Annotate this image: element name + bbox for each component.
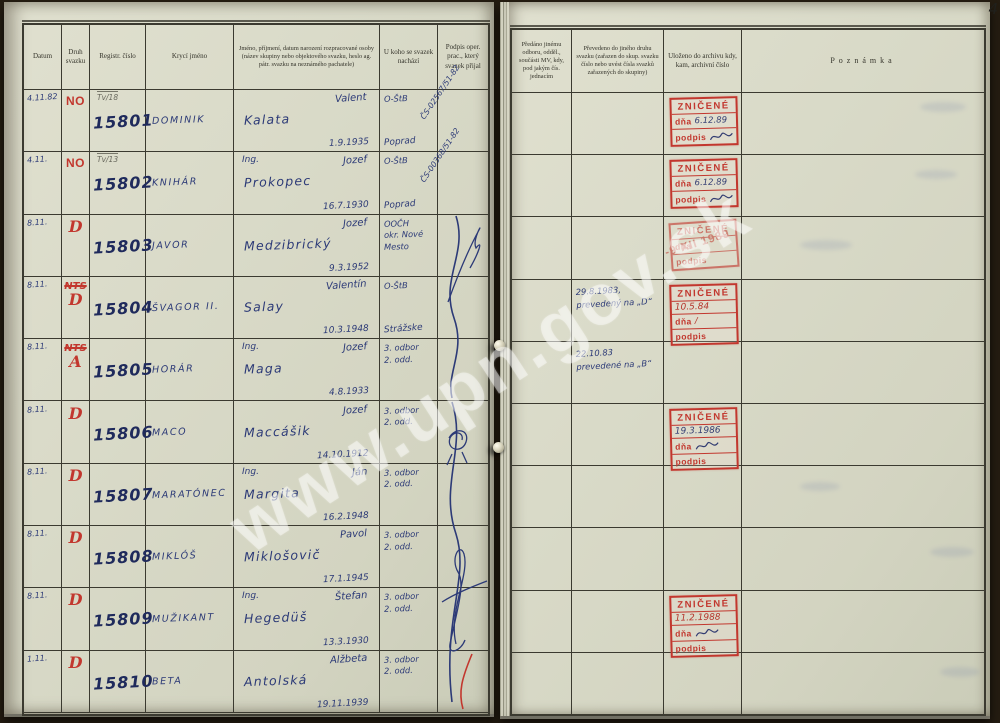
ukoho-cell: 3. odbor2. odd. [380, 463, 438, 525]
kryci-cell: DOMINIK [146, 89, 234, 151]
poznamka-cell [742, 527, 984, 589]
birth-date: 14.10.1912 [317, 448, 369, 461]
podpis-cell [438, 214, 488, 276]
kryci-value: BETA [152, 675, 183, 687]
name-first: Štefan [334, 590, 367, 603]
druh-cell: D [62, 401, 90, 463]
ulozeno-cell [664, 652, 742, 714]
name-first: Alžbeta [329, 652, 367, 666]
znicene-stamp: ZNIČENÉ10.5.84dňa/podpis [669, 283, 739, 346]
registry-row: 4.11.NOTv/1315802KNIHÁRIng.JozefProkopec… [24, 151, 488, 214]
stamp-podpis-line: podpis [672, 190, 736, 207]
podpis-cell [438, 587, 488, 649]
header-kryci: Krycí jméno [146, 25, 234, 89]
registry-row: 29.8.1983,prevedený na „D“ZNIČENÉ10.5.84… [512, 279, 984, 342]
kryci-value: KNIHÁR [152, 176, 198, 189]
stamp-title: ZNIČENÉ [671, 409, 735, 426]
name-first: Ján [351, 466, 367, 478]
name-first: Valent [335, 92, 367, 105]
podpis-label: podpis [675, 131, 706, 142]
stamp-dna-line: dňa [672, 624, 736, 642]
prevedeno-cell: 22.10.83prevedené na „B“ [572, 341, 664, 403]
registr-number: 15807 [93, 484, 155, 506]
right-table-header: Předáno jinému odboru, odděl., součásti … [512, 30, 984, 93]
registr-cell: 15808 [90, 525, 146, 587]
predano-cell [512, 154, 572, 216]
stamp-date: 10.5.84 [672, 300, 736, 315]
registry-row: ZNIČENÉ19.3.1986dňapodpis [512, 403, 984, 466]
stamp-title: ZNIČENÉ [671, 285, 735, 302]
signature-squiggle [695, 439, 719, 452]
prevedeno-cell [572, 403, 664, 465]
znicene-stamp: ZNIČENÉ19.3.1986dňapodpis [669, 407, 739, 471]
ukoho-line: 2. odd. [384, 664, 437, 677]
datum-value: 8.11. [27, 591, 48, 601]
name-cell: Ing.JozefProkopec16.7.1930 [234, 151, 380, 213]
druh-cell: D [62, 650, 90, 712]
header-jmeno: Jméno, příjmení, datum narození rozpraco… [234, 25, 380, 89]
registr-number: 15806 [93, 422, 155, 444]
name-first: Jozef [343, 341, 368, 354]
birth-date: 16.7.1930 [323, 199, 369, 211]
datum-cell: 1.11. [24, 650, 62, 712]
druh-cell: D [62, 463, 90, 525]
right-page: Předáno jinému odboru, odděl., součásti … [500, 2, 990, 716]
kryci-value: ŠVAGOR II. [152, 301, 220, 314]
ink-bleed-smudge [930, 547, 974, 557]
registr-number: 15803 [93, 235, 155, 257]
registry-book-photo: Datum Druh svazku Registr. číslo Krycí j… [0, 0, 1000, 723]
ukoho-lines: 3. odbor2. odd. [380, 650, 437, 712]
name-surname: Antolská [244, 672, 308, 689]
datum-cell: 8.11. [24, 587, 62, 649]
datum-value: 8.11. [27, 528, 48, 538]
dna-value: 6.12.89 [694, 178, 727, 189]
ulozeno-cell: ZNIČENÉ11.2.1988dňapodpis [664, 590, 742, 652]
datum-value: 4.11. [27, 155, 48, 165]
registry-row: 1.11.D15810BETAAlžbetaAntolská19.11.1939… [24, 650, 488, 713]
stamp-dna-line: dňa6.12.89 [672, 113, 736, 130]
registr-number: 15804 [93, 297, 155, 319]
registr-cell: Tv/1815801 [90, 89, 146, 151]
predano-cell [512, 590, 572, 652]
birth-date: 19.11.1939 [317, 698, 369, 711]
prevedeno-cell [572, 92, 664, 154]
name-title: Ing. [242, 591, 259, 601]
druh-marks: NTSA [62, 338, 89, 400]
ukoho-line: 2. odd. [384, 353, 437, 366]
poznamka-cell [742, 465, 984, 527]
znicene-stamp: ZNIČENÉdňa6.12.89podpis [669, 158, 738, 209]
ukoho-cell: 3. odbor2. odd. [380, 650, 438, 712]
ulozeno-cell [664, 341, 742, 403]
datum-cell: 8.11. [24, 338, 62, 400]
prevedeno-cell [572, 216, 664, 278]
ukoho-lines: O-ŠtBPoprad [380, 89, 437, 151]
name-surname: Kalata [244, 111, 291, 128]
ukoho-lines: 3. odbor2. odd. [380, 587, 437, 649]
kryci-cell: ŠVAGOR II. [146, 276, 234, 338]
birth-date: 16.2.1948 [323, 511, 369, 523]
name-title: Ing. [242, 467, 259, 477]
ukoho-lines: O-ŠtBStrážske [380, 276, 437, 338]
predano-cell [512, 279, 572, 341]
kryci-value: MARATÓNEC [152, 487, 227, 501]
ukoho-cell: 3. odbor2. odd. [380, 525, 438, 587]
kryci-value: JAVOR [152, 239, 190, 251]
signature-squiggle [695, 626, 719, 639]
ukoho-cell: 3. odbor2. odd. [380, 587, 438, 649]
poznamka-cell [742, 154, 984, 216]
name-cell: ValentínSalay10.3.1948 [234, 276, 380, 338]
name-title: Ing. [242, 342, 259, 352]
ukoho-line: 2. odd. [384, 540, 437, 553]
header-poznamka: Poznámka [742, 30, 984, 92]
kryci-value: MIKLÓŠ [152, 550, 198, 563]
ink-bleed-smudge [920, 102, 966, 112]
ukoho-lines: 3. odbor2. odd. [380, 338, 437, 400]
druh-cell: NTSD [62, 276, 90, 338]
dna-value: / [695, 316, 698, 326]
podpis-cell [438, 276, 488, 338]
ukoho-place: Strážske [384, 323, 423, 336]
name-surname: Salay [244, 298, 285, 314]
registry-row: 8.11.NTSD15804ŠVAGOR II.ValentínSalay10.… [24, 276, 488, 339]
druh-marks: D [62, 525, 89, 587]
kryci-value: MACO [152, 426, 188, 438]
kryci-cell: MUŽIKANT [146, 587, 234, 649]
registr-cell: 15805 [90, 338, 146, 400]
registry-row: ZNIČENÉ-9 XII 1989dňapodpis [512, 216, 984, 279]
ukoho-cell: OOČHokr. NovéMesto [380, 214, 438, 276]
header-datum: Datum [24, 25, 62, 89]
ukoho-cell: 3. odbor2. odd. [380, 401, 438, 463]
stamp-title: ZNIČENÉ [671, 98, 735, 115]
ukoho-place: Poprad [384, 199, 416, 211]
kryci-cell: MACO [146, 401, 234, 463]
header-ulozeno: Uloženo do archivu kdy, kam, archivní čí… [664, 30, 742, 92]
name-cell: PavolMiklošovič17.1.1945 [234, 525, 380, 587]
ukoho-lines: 3. odbor2. odd. [380, 525, 437, 587]
ukoho-line: 2. odd. [384, 477, 437, 490]
predano-cell [512, 465, 572, 527]
header-ukoho: U koho se svazek nachází [380, 25, 438, 89]
prevedeno-cell [572, 652, 664, 714]
registr-cell: 15810 [90, 650, 146, 712]
ukoho-place: Poprad [384, 136, 416, 148]
stamp-dna-line: dňa [672, 437, 736, 455]
poznamka-cell [742, 590, 984, 652]
registry-row: ZNIČENÉdňa6.12.89podpis [512, 154, 984, 217]
druh-marks: D [62, 463, 89, 525]
stamp-podpis-line: podpis [672, 128, 736, 145]
datum-value: 8.11. [27, 404, 48, 414]
druh-marks: D [62, 587, 89, 649]
ink-bleed-smudge [800, 482, 840, 491]
ulozeno-cell: ZNIČENÉ10.5.84dňa/podpis [664, 279, 742, 341]
birth-date: 1.9.1935 [329, 137, 370, 149]
name-first: Valentín [326, 278, 367, 292]
name-surname: Prokopec [244, 173, 312, 190]
druh-cell: D [62, 525, 90, 587]
podpis-label: podpis [675, 331, 706, 342]
datum-cell: 8.11. [24, 401, 62, 463]
name-surname: Maccášik [244, 422, 311, 439]
name-first: Pavol [340, 528, 368, 541]
name-cell: Ing.ŠtefanHegedüš13.3.1930 [234, 587, 380, 649]
ulozeno-cell: ZNIČENÉdňa6.12.89podpis [664, 92, 742, 154]
podpis-cell [438, 401, 488, 463]
druh-marks: D [62, 650, 89, 712]
birth-date: 17.1.1945 [323, 573, 369, 585]
birth-date: 13.3.1930 [323, 635, 369, 647]
kryci-cell: BETA [146, 650, 234, 712]
druh-marks: NTSD [62, 276, 89, 338]
header-druh: Druh svazku [62, 25, 90, 89]
znicene-stamp: ZNIČENÉdňa6.12.89podpis [669, 96, 738, 147]
ukoho-lines: 3. odbor2. odd. [380, 463, 437, 525]
datum-cell: 4.11.82 [24, 89, 62, 151]
druh-value: NO [66, 156, 85, 170]
ukoho-line: Mesto [384, 240, 437, 253]
ukoho-lines: 3. odbor2. odd. [380, 401, 437, 463]
header-prevedeno: Převedeno do jiného druhu svazku (zařaze… [572, 30, 664, 92]
datum-value: 4.11.82 [27, 92, 58, 103]
registry-row: ZNIČENÉdňa6.12.89podpis [512, 92, 984, 155]
datum-cell: 8.11. [24, 463, 62, 525]
datum-value: 8.11. [27, 279, 48, 289]
pencil-note: Tv/13 [97, 153, 118, 164]
registry-table-left: Datum Druh svazku Registr. číslo Krycí j… [22, 23, 490, 716]
poznamka-cell [742, 341, 984, 403]
poznamka-cell [742, 216, 984, 278]
ink-bleed-smudge [915, 170, 957, 179]
registry-row: 22.10.83prevedené na „B“ [512, 341, 984, 404]
druh-value: NO [66, 94, 85, 108]
name-cell: ValentKalata1.9.1935 [234, 89, 380, 151]
znicene-stamp: ZNIČENÉ-9 XII 1989dňapodpis [668, 219, 739, 272]
registry-row: 8.11.NTSA15805HORÁRIng.JozefMaga4.8.1933… [24, 338, 488, 401]
stamp-date: 11.2.1988 [672, 611, 736, 626]
poznamka-cell [742, 403, 984, 465]
kryci-value: HORÁR [152, 363, 195, 375]
binding-brad [493, 442, 504, 453]
name-cell: Ing.JánMargita16.2.1948 [234, 463, 380, 525]
dna-label: dňa [675, 316, 692, 326]
druh-value: D [69, 406, 83, 422]
registry-row [512, 652, 984, 715]
prevedeno-cell [572, 154, 664, 216]
signature-squiggle [709, 130, 733, 143]
registr-cell: Tv/1315802 [90, 151, 146, 213]
left-table-header: Datum Druh svazku Registr. číslo Krycí j… [24, 25, 488, 90]
ulozeno-cell: ZNIČENÉ-9 XII 1989dňapodpis [664, 216, 742, 278]
druh-value: D [69, 530, 83, 546]
page-number: 4 [988, 0, 998, 18]
name-surname: Margita [244, 485, 300, 502]
druh-value: A [69, 354, 81, 370]
kryci-value: DOMINIK [152, 114, 205, 127]
druh-value: D [69, 592, 83, 608]
registr-number: 15810 [93, 671, 155, 693]
podpis-cell [438, 525, 488, 587]
signature-squiggle [709, 192, 733, 205]
druh-cell: D [62, 587, 90, 649]
kryci-value: MUŽIKANT [152, 612, 215, 625]
dna-label: dňa [675, 116, 692, 126]
druh-cell: NO [62, 151, 90, 213]
kryci-cell: MARATÓNEC [146, 463, 234, 525]
name-first: Jozef [343, 217, 368, 230]
registry-row: 8.11.D15803JAVORJozefMedzibrický9.3.1952… [24, 214, 488, 277]
stamp-dna-line: dňa/ [672, 313, 736, 330]
registr-number: 15805 [93, 360, 155, 382]
kryci-cell: HORÁR [146, 338, 234, 400]
podpis-cell: ČS-00368/51-82 [438, 151, 488, 213]
datum-value: 8.11. [27, 217, 48, 227]
druh-marks: NO [62, 151, 89, 213]
prevedeno-note: 29.8.1983,prevedený na „D“ [575, 282, 652, 311]
datum-cell: 4.11. [24, 151, 62, 213]
registry-row [512, 465, 984, 528]
druh-marks: D [62, 401, 89, 463]
registry-row: 8.11.D15808MIKLÓŠPavolMiklošovič17.1.194… [24, 525, 488, 588]
birth-date: 9.3.1952 [329, 262, 370, 274]
datum-value: 8.11. [27, 466, 48, 476]
name-first: Jozef [343, 404, 368, 417]
ukoho-line: 2. odd. [384, 415, 437, 428]
registr-cell: 15807 [90, 463, 146, 525]
datum-value: 1.11. [27, 653, 48, 663]
ulozeno-cell [664, 465, 742, 527]
druh-value: D [69, 219, 83, 235]
registr-cell: 15809 [90, 587, 146, 649]
registr-number: 15802 [93, 173, 155, 195]
druh-value: D [69, 292, 83, 308]
dna-value: 6.12.89 [694, 115, 727, 126]
druh-cell: D [62, 214, 90, 276]
registry-table-right: Předáno jinému odboru, odděl., součásti … [510, 28, 986, 716]
name-cell: JozefMaccášik14.10.1912 [234, 401, 380, 463]
registr-cell: 15803 [90, 214, 146, 276]
datum-cell: 8.11. [24, 525, 62, 587]
prevedeno-cell [572, 590, 664, 652]
stamp-title: ZNIČENÉ [671, 596, 735, 613]
ukoho-line: 2. odd. [384, 602, 437, 615]
ukoho-cell: O-ŠtBStrážske [380, 276, 438, 338]
datum-cell: 8.11. [24, 276, 62, 338]
podpis-label: podpis [675, 194, 706, 205]
ulozeno-cell: ZNIČENÉdňa6.12.89podpis [664, 154, 742, 216]
name-cell: JozefMedzibrický9.3.1952 [234, 214, 380, 276]
registry-row [512, 527, 984, 590]
ukoho-lines: OOČHokr. NovéMesto [380, 214, 437, 276]
prevedeno-cell: 29.8.1983,prevedený na „D“ [572, 279, 664, 341]
predano-cell [512, 652, 572, 714]
dna-label: dňa [675, 441, 692, 451]
registr-cell: 15806 [90, 401, 146, 463]
prevedeno-note: 22.10.83prevedené na „B“ [575, 344, 651, 373]
binding-brad [494, 340, 505, 351]
datum-cell: 8.11. [24, 214, 62, 276]
ink-bleed-smudge [800, 240, 852, 250]
registry-row: ZNIČENÉ11.2.1988dňapodpis [512, 590, 984, 653]
name-first: Jozef [343, 154, 368, 167]
header-predano: Předáno jinému odboru, odděl., součásti … [512, 30, 572, 92]
name-surname: Medzibrický [244, 235, 332, 253]
predano-cell [512, 527, 572, 589]
registry-row: 8.11.D15807MARATÓNECIng.JánMargita16.2.1… [24, 463, 488, 526]
podpis-cell [438, 463, 488, 525]
druh-value: D [69, 468, 83, 484]
name-surname: Miklošovič [244, 547, 321, 565]
registr-number: 15809 [93, 609, 155, 631]
podpis-label: podpis [676, 255, 707, 267]
kryci-cell: KNIHÁR [146, 151, 234, 213]
predano-cell [512, 341, 572, 403]
name-surname: Hegedüš [244, 609, 308, 626]
druh-marks: NO [62, 89, 89, 151]
registr-number: 15808 [93, 547, 155, 569]
left-page: Datum Druh svazku Registr. číslo Krycí j… [4, 2, 494, 714]
prevedeno-cell [572, 465, 664, 527]
ukoho-line: O-ŠtB [384, 279, 437, 292]
druh-cell: NO [62, 89, 90, 151]
ulozeno-cell: ZNIČENÉ19.3.1986dňapodpis [664, 403, 742, 465]
predano-cell [512, 216, 572, 278]
registry-row: 8.11.D15809MUŽIKANTIng.ŠtefanHegedüš13.3… [24, 587, 488, 650]
pencil-note: Tv/18 [97, 91, 118, 102]
poznamka-cell [742, 652, 984, 714]
podpis-cell [438, 338, 488, 400]
datum-value: 8.11. [27, 341, 48, 351]
name-cell: Ing.JozefMaga4.8.1933 [234, 338, 380, 400]
ink-bleed-smudge [940, 667, 980, 677]
dna-label: dňa [675, 179, 692, 189]
dna-label: dňa [675, 627, 692, 637]
predano-cell [512, 403, 572, 465]
registry-row: 8.11.D15806MACOJozefMaccášik14.10.19123.… [24, 401, 488, 464]
registry-row: 4.11.82NOTv/1815801DOMINIKValentKalata1.… [24, 89, 488, 152]
kryci-cell: JAVOR [146, 214, 234, 276]
druh-value: D [69, 655, 83, 671]
druh-marks: D [62, 214, 89, 276]
kryci-cell: MIKLÓŠ [146, 525, 234, 587]
ukoho-cell: 3. odbor2. odd. [380, 338, 438, 400]
druh-cell: NTSA [62, 338, 90, 400]
podpis-cell [438, 650, 488, 712]
name-cell: AlžbetaAntolská19.11.1939 [234, 650, 380, 712]
registr-cell: 15804 [90, 276, 146, 338]
registr-number: 15801 [93, 110, 155, 132]
name-surname: Maga [244, 361, 283, 377]
header-registr: Registr. číslo [90, 25, 146, 89]
name-title: Ing. [242, 155, 259, 165]
prevedeno-cell [572, 527, 664, 589]
poznamka-cell [742, 279, 984, 341]
birth-date: 10.3.1948 [323, 324, 369, 336]
znicene-stamp: ZNIČENÉ11.2.1988dňapodpis [669, 594, 739, 658]
predano-cell [512, 92, 572, 154]
birth-date: 4.8.1933 [329, 386, 370, 398]
ulozeno-cell [664, 527, 742, 589]
ukoho-lines: O-ŠtBPoprad [380, 151, 437, 213]
